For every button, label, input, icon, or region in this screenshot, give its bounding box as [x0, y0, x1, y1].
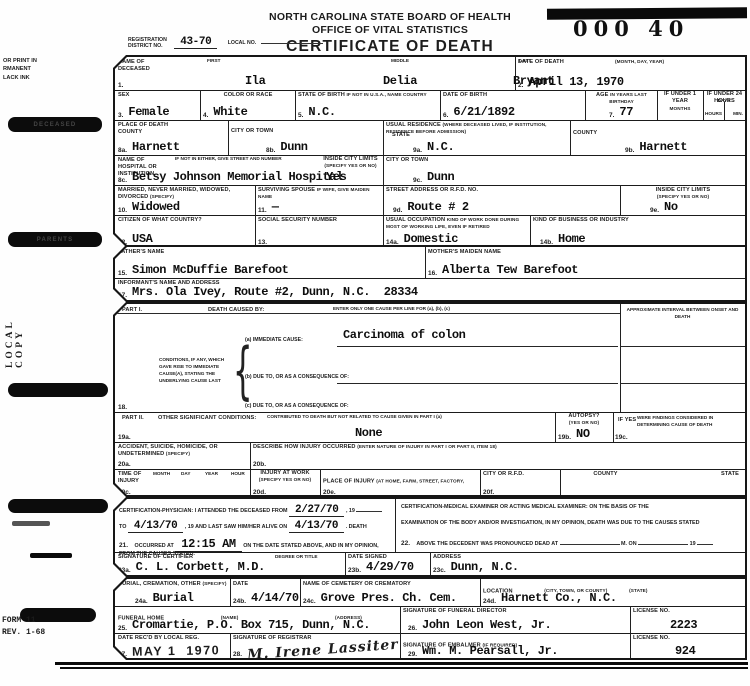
field-name-of-deceased: NAME OF DECEASED FIRST MIDDLE LAST 1. Il…: [115, 57, 516, 90]
autopsy-number: 19b.: [558, 434, 571, 441]
location-number: 24d.: [483, 598, 496, 605]
director-license-value: 2223: [670, 618, 697, 632]
row-marital: MARRIED, NEVER MARRIED, WIDOWED, DIVORCE…: [115, 185, 745, 216]
field-informant: INFORMANT'S NAME AND ADDRESS 17.Mrs. Ola…: [115, 278, 745, 300]
accident-sublabel: (SPECIFY): [166, 451, 190, 456]
citizen-number: 12.: [118, 239, 127, 246]
injury-row: TIME OF INJURY MONTH DAY YEAR HOUR 20c. …: [115, 469, 745, 497]
citizen-label: CITIZEN OF WHAT COUNTRY?: [118, 217, 202, 223]
certifier-label: SIGNATURE OF CERTIFIER: [118, 554, 193, 560]
bottom-rule-1: [55, 662, 748, 665]
funeral-director-label: SIGNATURE OF FUNERAL DIRECTOR: [403, 608, 507, 614]
father-number: 15.: [118, 270, 127, 277]
name-middle-value: Delia: [383, 74, 417, 88]
dob-label: DATE OF BIRTH: [443, 92, 487, 98]
location-state-sublabel: (STATE): [629, 588, 648, 593]
occupation-value: Domestic: [404, 232, 458, 246]
row-citizen: CITIZEN OF WHAT COUNTRY? 12.USA SOCIAL S…: [115, 215, 745, 247]
sex-value: Female: [128, 105, 169, 119]
phys-cert-title: CERTIFICATION-PHYSICIAN:: [119, 508, 193, 514]
under1-label: IF UNDER 1 YEAR: [664, 91, 696, 104]
field-surviving-spouse: SURVIVING SPOUSE IF WIFE, GIVE MAIDEN NA…: [255, 185, 384, 215]
registration-district: REGISTRATION DISTRICT NO. 43-70 LOCAL NO…: [128, 31, 323, 49]
hospital-icl-value: Yes: [326, 170, 346, 184]
injury-hour-label: HOUR: [231, 471, 245, 476]
ssn-label: SOCIAL SECURITY NUMBER: [258, 217, 337, 223]
res-icl-number: 9e.: [650, 207, 659, 214]
place-of-injury-number: 20e.: [323, 489, 336, 496]
res-county-number: 9b.: [625, 147, 634, 154]
sob-label: STATE OF BIRTH: [298, 92, 345, 98]
section-disposition: BURIAL, CREMATION, OTHER (SPECIFY) 24a.B…: [113, 577, 747, 660]
field-sex: SEX 3.Female: [115, 90, 201, 120]
pod-label: PLACE OF DEATH: [118, 122, 168, 128]
section-parents: FATHER'S NAME 15.Simon McDuffie Barefoot…: [113, 245, 747, 302]
section-certification-inner: CERTIFICATION-PHYSICIAN: I ATTENDED THE …: [115, 499, 745, 575]
res-city-number: 9c.: [413, 177, 422, 184]
field-autopsy: AUTOPSY?(YES OR NO) 19b.NO: [555, 412, 614, 442]
dob-number: 6.: [443, 112, 448, 119]
field-hospital: NAME OF HOSPITAL OR INSTITUTION IF NOT I…: [115, 155, 318, 185]
side-tab-deceased: DECEASED: [8, 117, 102, 132]
phys-time-value: 12:15 AM: [175, 537, 241, 552]
me-line3c: 19: [690, 541, 696, 547]
field-burial: BURIAL, CREMATION, OTHER (SPECIFY) 24a.B…: [115, 579, 231, 606]
hospital-icl-sublabel: (SPECIFY YES OR NO): [324, 163, 376, 168]
part2-sublabel: CONTRIBUTED TO DEATH BUT NOT RELATED TO …: [267, 414, 442, 419]
dod-value: April 13, 1970: [528, 75, 623, 89]
race-label: COLOR OR RACE: [224, 92, 273, 98]
sob-sublabel: IF NOT IN U.S.A., NAME COUNTRY: [347, 92, 427, 97]
field-age: AGE IN YEARS LAST BIRTHDAY 7.77: [585, 90, 658, 120]
burial-date-number: 24b.: [233, 598, 246, 605]
age-value: 77: [619, 105, 633, 119]
ink-instruction-note: OR PRINT IN RMANENT LACK INK: [3, 57, 37, 82]
age-sublabel: IN YEARS LAST BIRTHDAY: [609, 92, 647, 104]
under24-hours-cell: HOURS: [703, 102, 725, 120]
describe-number: 20b.: [253, 461, 266, 468]
field-place-of-injury: PLACE OF INJURY (AT HOME, FARM, STREET, …: [320, 469, 481, 497]
sob-number: 5.: [298, 112, 303, 119]
date-signed-number: 23b.: [348, 567, 361, 574]
certification-physician: CERTIFICATION-PHYSICIAN: I ATTENDED THE …: [115, 499, 396, 552]
me-line3a: ABOVE THE DECEDENT WAS PRONOUNCED DEAD A…: [416, 541, 558, 547]
row-name: NAME OF DECEASED FIRST MIDDLE LAST 1. Il…: [115, 57, 745, 91]
field-father: FATHER'S NAME 15.Simon McDuffie Barefoot: [115, 247, 426, 278]
field-under-1yr-months: IF UNDER 1 YEARMONTHS: [657, 90, 704, 120]
section-cause: PART I. DEATH CAUSED BY: ENTER ONLY ONE …: [113, 302, 747, 497]
pod-county-label: COUNTY: [118, 129, 142, 135]
field-pod-city: CITY OR TOWN 8b.Dunn: [228, 120, 384, 155]
res-state-value: N.C.: [427, 140, 454, 154]
field-injury-county: COUNTY: [560, 469, 650, 497]
me-cert-title: CERTIFICATION-MEDICAL EXAMINER OR ACTING…: [401, 504, 588, 510]
interval-label: APPROXIMATE INTERVAL BETWEEN ONSET AND D…: [620, 304, 745, 320]
field-burial-date: DATE 24b.4/14/70: [230, 579, 301, 606]
injury-year-label: YEAR: [205, 471, 218, 476]
findings-label: WERE FINDINGS CONSIDERED IN DETERMINING …: [637, 414, 737, 428]
under24-hours-label: HOURS: [705, 111, 722, 116]
field-industry: KIND OF BUSINESS OR INDUSTRY 14b.Home: [530, 215, 745, 247]
field-funeral-director: SIGNATURE OF FUNERAL DIRECTOR 26.John Le…: [400, 606, 631, 633]
margin-smudge: [12, 521, 50, 526]
name-label: NAME OF DECEASED: [118, 59, 150, 72]
accident-number: 20a.: [118, 461, 131, 468]
field-pod-county: PLACE OF DEATHCOUNTY 8a.Harnett: [115, 120, 229, 155]
certification-row: CERTIFICATION-PHYSICIAN: I ATTENDED THE …: [115, 499, 745, 553]
registration-label-1: REGISTRATION: [128, 37, 167, 43]
date-received-stamp: MAY 1 1970: [132, 643, 220, 659]
spouse-label: SURVIVING SPOUSE: [258, 187, 315, 193]
row-place-of-death: PLACE OF DEATHCOUNTY 8a.Harnett CITY OR …: [115, 120, 745, 156]
degree-label: DEGREE OR TITLE: [275, 554, 317, 559]
part2-conditions-label: OTHER SIGNIFICANT CONDITIONS:: [155, 413, 258, 422]
cemetery-label: NAME OF CEMETERY OR CREMATORY: [303, 581, 411, 587]
interval-rule-b: [620, 383, 745, 384]
interval-rule-a: [620, 346, 745, 347]
phys-from-value: 2/27/70: [289, 504, 344, 517]
section-cause-inner: PART I. DEATH CAUSED BY: ENTER ONLY ONE …: [115, 304, 745, 495]
residence-label: USUAL RESIDENCE: [386, 122, 441, 128]
funeral-home-number: 25.: [118, 625, 127, 632]
phys-line2c: . DEATH: [346, 524, 367, 530]
ssn-number: 13.: [258, 239, 267, 246]
field-cemetery: NAME OF CEMETERY OR CREMATORY 24c.Grove …: [300, 579, 481, 606]
cause-b-prefix: (b) DUE TO, OR AS A CONSEQUENCE OF:: [245, 374, 349, 380]
sex-label: SEX: [118, 92, 130, 98]
burial-date-label: DATE: [233, 581, 248, 587]
embalmer-number: 29.: [408, 651, 417, 658]
field-street-address: STREET ADDRESS OR R.F.D. No. 9d.Route # …: [383, 185, 621, 215]
injury-at-work-sublabel: (SPECIFY YES OR NO): [259, 477, 311, 482]
date-signed-label: DATE SIGNED: [348, 554, 387, 560]
informant-value: Mrs. Ola Ivey, Route #2, Dunn, N.C. 2833…: [132, 285, 418, 299]
pod-county-value: Harnett: [132, 140, 180, 154]
section-parents-inner: FATHER'S NAME 15.Simon McDuffie Barefoot…: [115, 247, 745, 300]
part2-label: PART II.: [119, 413, 146, 422]
cause-a-prefix: (a) IMMEDIATE CAUSE:: [245, 337, 303, 343]
local-no-label: LOCAL NO.: [228, 40, 256, 46]
field-mother: MOTHER'S MAIDEN NAME 16.Alberta Tew Bare…: [425, 247, 745, 278]
field-res-icl: INSIDE CITY LIMITS(SPECIFY YES OR NO) 9e…: [620, 185, 745, 215]
res-county-value: Harnett: [639, 140, 687, 154]
street-value: Route # 2: [407, 200, 468, 214]
sob-value: N.C.: [308, 105, 335, 119]
father-value: Simon McDuffie Barefoot: [132, 263, 288, 277]
section-demographics-inner: NAME OF DECEASED FIRST MIDDLE LAST 1. Il…: [115, 57, 745, 245]
phys-line3a: OCCURRED AT: [135, 543, 174, 549]
res-state-label: STATE: [392, 132, 410, 138]
dod-number: 2.: [518, 82, 523, 89]
ink-note-line3: LACK INK: [3, 75, 30, 81]
autopsy-sublabel: (YES OR NO): [569, 420, 599, 425]
certifier-address-value: Dunn, N.C.: [451, 560, 519, 574]
section-demographics: NAME OF DECEASED FIRST MIDDLE LAST 1. Il…: [113, 55, 747, 247]
part2-number: 19a.: [118, 434, 131, 441]
field-time-of-injury: TIME OF INJURY MONTH DAY YEAR HOUR 20c.: [115, 469, 251, 497]
phys-line1b: , 19: [346, 508, 355, 514]
injury-at-work-label: INJURY AT WORK: [260, 470, 309, 476]
cause-c-prefix: (c) DUE TO, OR AS A CONSEQUENCE OF:: [245, 403, 349, 409]
occupation-label: USUAL OCCUPATION: [386, 217, 445, 223]
certifier-value: C. L. Corbett, M.D.: [136, 560, 265, 574]
row-sex-race-birth: SEX 3.Female COLOR OR RACE 4.White STATE…: [115, 90, 745, 121]
hospital-number: 8c.: [118, 177, 127, 184]
injury-county-label: COUNTY: [593, 471, 617, 477]
informant-number: 17.: [118, 292, 127, 299]
accident-row: ACCIDENT, SUICIDE, HOMICIDE, OR UNDETERM…: [115, 442, 745, 470]
res-icl-sublabel: (SPECIFY YES OR NO): [657, 194, 709, 199]
field-ssn: SOCIAL SECURITY NUMBER 13.: [255, 215, 384, 247]
place-of-injury-label: PLACE OF INJURY: [323, 478, 375, 484]
row-hospital: NAME OF HOSPITAL OR INSTITUTION IF NOT I…: [115, 155, 745, 186]
marital-sublabel: (SPECIFY): [150, 194, 174, 199]
dod-sublabel: (MONTH, DAY, YEAR): [615, 59, 664, 65]
certificate-page: 000 40 NORTH CAROLINA STATE BOARD OF HEA…: [0, 0, 750, 686]
field-injury-state: STATE: [650, 469, 745, 497]
bottom-rule-2: [60, 667, 748, 669]
phys-blank-1: [356, 503, 382, 512]
mother-value: Alberta Tew Barefoot: [442, 263, 578, 277]
name-number: 1.: [118, 82, 123, 89]
name-first-value: Ila: [245, 74, 265, 88]
street-number: 9d.: [393, 207, 402, 214]
funeral-home-row: FUNERAL HOME (NAME) (ADDRESS) 25.Cromart…: [115, 606, 745, 634]
margin-dash: [30, 553, 72, 558]
certifier-address-label: ADDRESS: [433, 554, 461, 560]
part1-note: ENTER ONLY ONE CAUSE PER LINE FOR (a), (…: [333, 306, 450, 311]
res-city-label: CITY OR TOWN: [386, 157, 428, 163]
field-state-of-birth: STATE OF BIRTH IF NOT IN U.S.A., NAME CO…: [295, 90, 441, 120]
occupation-number: 14a.: [386, 239, 399, 246]
spouse-value: —: [272, 200, 279, 214]
dob-value: 6/21/1892: [453, 105, 514, 119]
field-cemetery-location: LOCATION (CITY, TOWN, OR COUNTY) (STATE)…: [480, 579, 745, 606]
cause-b-rule: [337, 383, 618, 384]
me-item-number: 22.: [401, 540, 410, 547]
describe-label: DESCRIBE HOW INJURY OCCURRED: [253, 444, 356, 450]
row-parents: FATHER'S NAME 15.Simon McDuffie Barefoot…: [115, 247, 745, 279]
cause-a-rule: [337, 346, 618, 347]
race-number: 4.: [203, 112, 208, 119]
phys-item-number: 21.: [119, 542, 128, 549]
hospital-sublabel: IF NOT IN EITHER, GIVE STREET AND NUMBER: [175, 156, 282, 161]
burial-label: BURIAL, CREMATION, OTHER: [118, 581, 201, 587]
sublabel-first: FIRST: [207, 58, 221, 63]
me-line1: ON THE BASIS OF THE: [589, 504, 649, 510]
me-line3b: M. ON: [621, 541, 637, 547]
describe-sublabel: (ENTER NATURE OF INJURY IN PART I OR PAR…: [357, 444, 497, 449]
part2-row: PART II. OTHER SIGNIFICANT CONDITIONS: C…: [115, 412, 745, 443]
conditions-note: CONDITIONS, IF ANY, WHICH GAVE RISE TO I…: [159, 356, 231, 384]
phys-alive-value: 4/13/70: [289, 520, 344, 533]
funeral-home-value: Cromartie, P.O. Box 715, Dunn, N.C.: [132, 618, 370, 632]
field-color-or-race: COLOR OR RACE 4.White: [200, 90, 296, 120]
local-no-blank: [261, 35, 323, 44]
side-tab-parents: PARENTS: [8, 232, 102, 247]
registrar-row: DATE REC'D BY LOCAL REG. 27.MAY 1 1970 S…: [115, 633, 745, 659]
me-blank-2: [638, 536, 688, 545]
injury-day-label: DAY: [181, 471, 190, 476]
field-signature-of-certifier: SIGNATURE OF CERTIFIER DEGREE OR TITLE 2…: [115, 552, 346, 575]
field-injury-city: CITY OR R.F.D. 20f.: [480, 469, 561, 497]
part1-number: 18.: [118, 404, 127, 411]
funeral-director-value: John Leon West, Jr.: [422, 618, 551, 632]
ink-note-line1: OR PRINT IN: [3, 58, 37, 64]
side-tab-3: [8, 383, 108, 397]
burial-value: Burial: [153, 591, 194, 605]
certification-medical-examiner: CERTIFICATION-MEDICAL EXAMINER OR ACTING…: [395, 499, 745, 552]
res-icl-value: No: [664, 200, 678, 214]
autopsy-label: AUTOPSY?: [568, 413, 599, 419]
registrar-signature-number: 28.: [233, 651, 242, 658]
embalmer-value: Wm. M. Pearsall, Jr.: [422, 644, 558, 658]
burial-date-value: 4/14/70: [251, 591, 299, 605]
field-res-county: COUNTY 9b.Harnett: [570, 120, 745, 155]
injury-at-work-number: 20d.: [253, 489, 266, 496]
org-line-1: NORTH CAROLINA STATE BOARD OF HEALTH: [240, 11, 540, 24]
under1-months-label: MONTHS: [670, 106, 691, 111]
age-number: 7.: [609, 112, 614, 119]
me-blank-3: [697, 536, 713, 545]
time-of-injury-label: TIME OF INJURY: [118, 471, 141, 484]
autopsy-value: NO: [576, 427, 590, 441]
me-line2: EXAMINATION OF THE BODY AND/OR INVESTIGA…: [401, 520, 700, 526]
section-certification: CERTIFICATION-PHYSICIAN: I ATTENDED THE …: [113, 497, 747, 577]
conditions-brace: {: [233, 334, 253, 407]
mother-label: MOTHER'S MAIDEN NAME: [428, 249, 501, 255]
row-informant: INFORMANT'S NAME AND ADDRESS 17.Mrs. Ola…: [115, 278, 745, 300]
marital-label: MARRIED, NEVER MARRIED, WIDOWED, DIVORCE…: [118, 187, 230, 200]
field-funeral-home: FUNERAL HOME (NAME) (ADDRESS) 25.Cromart…: [115, 606, 401, 633]
industry-value: Home: [558, 232, 585, 246]
dod-label: DATE OF DEATH: [518, 59, 564, 65]
burial-sublabel: (SPECIFY): [202, 581, 226, 586]
field-date-of-birth: DATE OF BIRTH 6.6/21/1892: [440, 90, 586, 120]
field-date-of-death: DATE OF DEATH (MONTH, DAY, YEAR) 2. Apri…: [515, 57, 745, 90]
field-citizen: CITIZEN OF WHAT COUNTRY? 12.USA: [115, 215, 256, 247]
director-license-label: LICENSE NO.: [633, 608, 670, 614]
hospital-value: Betsy Johnson Memorial Hospital: [132, 170, 343, 184]
father-label: FATHER'S NAME: [118, 249, 164, 255]
certificate-stamp-number: 000 40: [573, 16, 689, 41]
embalmer-license-label: LICENSE NO.: [633, 635, 670, 641]
part2-main: PART II. OTHER SIGNIFICANT CONDITIONS: C…: [115, 412, 556, 442]
certifier-signature-row: SIGNATURE OF CERTIFIER DEGREE OR TITLE 2…: [115, 552, 745, 575]
part1-row: PART I. DEATH CAUSED BY: ENTER ONLY ONE …: [115, 304, 745, 413]
spouse-number: 11.: [258, 207, 267, 214]
field-under-24h: IF UNDER 24 HOURS HOURS MIN.: [703, 90, 745, 120]
phys-line2b: , 19 AND LAST SAW HIM/HER ALIVE ON: [185, 524, 287, 530]
res-state-number: 9a.: [413, 147, 422, 154]
citizen-value: USA: [132, 232, 152, 246]
embalmer-license-value: 924: [675, 644, 695, 658]
field-accident: ACCIDENT, SUICIDE, HOMICIDE, OR UNDETERM…: [115, 442, 251, 469]
field-marital-status: MARRIED, NEVER MARRIED, WIDOWED, DIVORCE…: [115, 185, 256, 215]
burial-row: BURIAL, CREMATION, OTHER (SPECIFY) 24a.B…: [115, 579, 745, 607]
field-embalmer-license: LICENSE NO. 924: [630, 633, 745, 659]
cemetery-number: 24c.: [303, 598, 316, 605]
field-date-received: DATE REC'D BY LOCAL REG. 27.MAY 1 1970: [115, 633, 231, 659]
form-number-line2: REV. 1-68: [2, 628, 45, 637]
industry-label: KIND OF BUSINESS OR INDUSTRY: [533, 217, 629, 223]
side-tab-parents-label: PARENTS: [37, 237, 74, 243]
industry-number: 14b.: [540, 239, 553, 246]
part2-value: None: [355, 426, 382, 440]
registrar-signature-label: SIGNATURE OF REGISTRAR: [233, 635, 312, 641]
field-embalmer-signature: SIGNATURE OF EMBALMER (IF REQUIRED) 29.W…: [400, 633, 631, 659]
funeral-director-number: 26.: [408, 625, 417, 632]
certifier-number: 23a.: [118, 567, 131, 574]
injury-month-label: MONTH: [153, 471, 170, 476]
under24-min-cell: MIN.: [733, 102, 743, 120]
under24-min-label: MIN.: [733, 111, 743, 116]
cemetery-value: Grove Pres. Ch. Cem.: [321, 591, 457, 605]
phys-line2a: TO: [119, 524, 126, 530]
pod-city-number: 8b.: [266, 147, 275, 154]
mother-number: 16.: [428, 270, 437, 277]
race-value: White: [213, 105, 247, 119]
form-number: FORM 11 REV. 1-68: [2, 615, 45, 639]
injury-state-label: STATE: [721, 471, 739, 477]
field-res-state: USUAL RESIDENCE (WHERE DECEASED LIVED, I…: [383, 120, 571, 155]
field-injury-at-work: INJURY AT WORK(SPECIFY YES OR NO) 20d.: [250, 469, 321, 497]
ink-note-line2: RMANENT: [3, 66, 31, 72]
field-describe-injury: DESCRIBE HOW INJURY OCCURRED (ENTER NATU…: [250, 442, 745, 469]
side-tab-deceased-label: DECEASED: [34, 122, 77, 128]
field-certifier-address: ADDRESS 23c.Dunn, N.C.: [430, 552, 745, 575]
pod-city-value: Dunn: [280, 140, 307, 154]
part1-header-rule: [115, 313, 620, 314]
certifier-address-number: 23c.: [433, 567, 446, 574]
field-date-signed: DATE SIGNED 23b.4/29/70: [345, 552, 431, 575]
form-number-line1: FORM 11: [2, 616, 36, 625]
location-value: Harnett Co., N.C.: [501, 591, 617, 605]
field-hospital-icl: INSIDE CITY LIMITS(SPECIFY YES OR NO) Ye…: [318, 155, 384, 185]
street-label: STREET ADDRESS OR R.F.D. No.: [386, 187, 478, 193]
res-city-value: Dunn: [427, 170, 454, 184]
injury-city-label: CITY OR R.F.D.: [483, 471, 524, 477]
phys-line1: I ATTENDED THE DECEASED FROM: [195, 508, 288, 514]
pod-county-number: 8a.: [118, 147, 127, 154]
registration-district-value: 43-70: [174, 36, 217, 49]
field-findings: IF YES WERE FINDINGS CONSIDERED IN DETER…: [613, 412, 745, 442]
section-disposition-inner: BURIAL, CREMATION, OTHER (SPECIFY) 24a.B…: [115, 579, 745, 658]
findings-number: 19c.: [615, 434, 628, 441]
sublabel-middle: MIDDLE: [391, 58, 409, 63]
burial-number: 24a.: [135, 598, 148, 605]
res-county-label: COUNTY: [573, 130, 597, 136]
injury-city-number: 20f.: [483, 489, 494, 496]
field-director-license: LICENSE NO. 2223: [630, 606, 745, 633]
date-signed-value: 4/29/70: [366, 560, 414, 574]
registration-label-2: DISTRICT NO.: [128, 43, 163, 49]
side-tab-4: [8, 499, 108, 513]
pod-city-label: CITY OR TOWN: [231, 128, 273, 134]
phys-to-value: 4/13/70: [128, 520, 183, 533]
age-label: AGE: [596, 92, 608, 98]
sex-number: 3.: [118, 112, 123, 119]
part1-main: PART I. DEATH CAUSED BY: ENTER ONLY ONE …: [115, 304, 621, 412]
field-occupation: USUAL OCCUPATION KIND OF WORK DONE DURIN…: [383, 215, 531, 247]
me-blank-1: [560, 536, 620, 545]
findings-ifyes-label: IF YES: [615, 415, 638, 424]
res-icl-label: INSIDE CITY LIMITS: [656, 187, 711, 193]
time-of-injury-number: 20c.: [118, 489, 131, 496]
date-received-label: DATE REC'D BY LOCAL REG.: [118, 635, 199, 641]
cause-a-value: Carcinoma of colon: [343, 328, 465, 342]
hospital-icl-label: INSIDE CITY LIMITS: [323, 156, 378, 162]
